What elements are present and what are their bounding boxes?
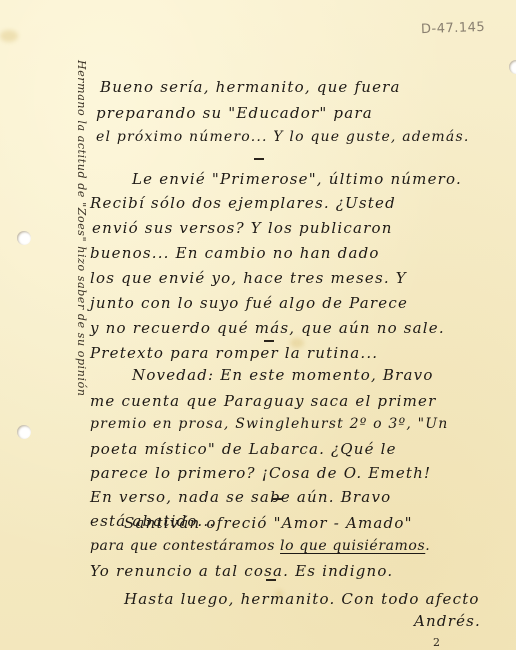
letter-line: Le envié "Primerose", último número. [132, 170, 462, 188]
page-number: 2 [433, 636, 440, 649]
letter-line: Recibí sólo dos ejemplares. ¿Usted [90, 194, 396, 212]
letter-line: Bueno sería, hermanito, que fuera [100, 78, 401, 96]
letter-line: preparando su "Educador" para [96, 104, 373, 122]
letter-line-text: para que contestáramos lo que quisiéramo… [90, 538, 430, 554]
letter-line: junto con lo suyo fué algo de Parece [90, 294, 408, 312]
underlined-phrase: lo que quisiéramos [280, 538, 425, 554]
letter-line: envió sus versos? Y los publicaron [92, 219, 393, 237]
letter-line: poeta místico" de Labarca. ¿Qué le [90, 440, 397, 458]
letter-line: me cuenta que Paraguay saca el primer [90, 392, 436, 410]
letter-line: premio en prosa, Swinglehurst 2º o 3º, "… [90, 416, 448, 432]
letter-line: Novedad: En este momento, Bravo [132, 366, 434, 384]
separator-dash [266, 579, 276, 581]
separator-dash [264, 340, 274, 342]
letter-line: para que contestáramos lo que quisiéramo… [90, 538, 430, 554]
archive-reference: D-47.145 [421, 20, 486, 37]
letter-line: los que envié yo, hace tres meses. Y [90, 269, 407, 287]
letter-line: buenos... En cambio no han dado [90, 244, 380, 262]
letter-line: parece lo primero? ¡Cosa de O. Emeth! [90, 464, 431, 482]
margin-note: Hermano la actitud de "Zoes" hizo saber … [68, 60, 88, 490]
separator-dash [254, 158, 264, 160]
punch-hole-left-top [17, 231, 31, 245]
paper-stain [0, 30, 18, 42]
letter-line: el próximo número... Y lo que guste, ade… [96, 129, 469, 145]
letter-line: Santiván ofreció "Amor - Amado" [124, 514, 413, 532]
punch-hole-left-bottom [17, 425, 31, 439]
signature: Andrés. [414, 612, 481, 630]
letter-line: Yo renuncio a tal cosa. Es indigno. [90, 562, 393, 580]
punch-hole-right [509, 60, 516, 74]
letter-line: En verso, nada se sabe aún. Bravo [90, 488, 391, 506]
letter-line: y no recuerdo qué más, que aún no sale. [90, 319, 445, 337]
letter-line: Pretexto para romper la rutina... [90, 344, 378, 362]
separator-dash [272, 498, 282, 500]
letter-closing: Hasta luego, hermanito. Con todo afecto [124, 590, 480, 608]
